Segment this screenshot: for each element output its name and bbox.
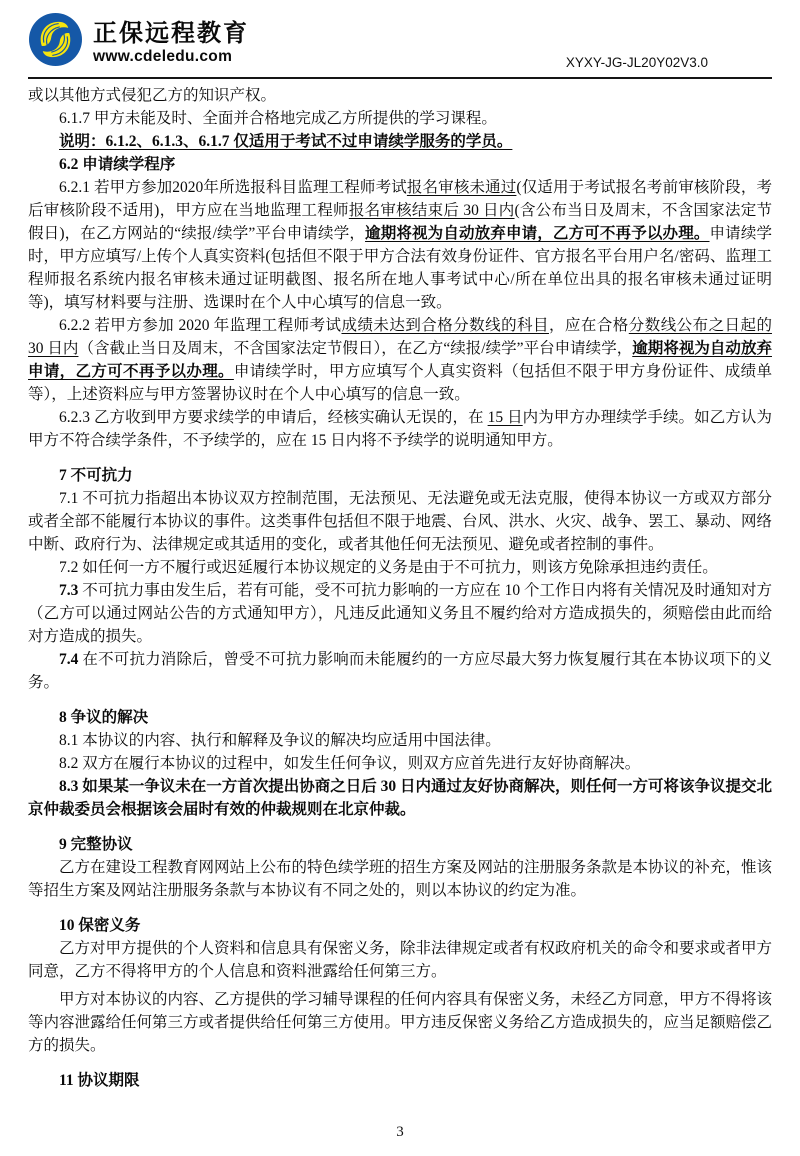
page-footer: 3 [0,1124,800,1141]
text-run: 8.3 如果某一争议未在一方首次提出协商之日后 30 日内通过友好协商解决，则任… [28,778,772,818]
text-run: 6.2.1 若甲方参加2020年所选报科目监理工程师考试 [59,179,407,196]
paragraph: 8.3 如果某一争议未在一方首次提出协商之日后 30 日内通过友好协商解决，则任… [28,775,772,821]
text-run: 报名审核未通过 [407,179,517,196]
text-run: ，应在合格 [549,317,629,334]
section-heading: 9 完整协议 [28,833,772,856]
brand-block: 正保远程教育 www.cdeledu.com [93,13,249,66]
text-run: 8.1 本协议的内容、执行和解释及争议的解决均应适用中国法律。 [59,732,501,749]
paragraph: 6.1.7 甲方未能及时、全面并合格地完成乙方所提供的学习课程。 [28,107,772,130]
paragraph: 7.3 不可抗力事由发生后，若有可能，受不可抗力影响的一方应在 10 个工作日内… [28,579,772,648]
text-run: 7.3 [59,582,78,599]
text-run: 11 协议期限 [59,1072,140,1089]
text-run: 在不可抗力消除后，曾受不可抗力影响而未能履约的一方应尽最大努力恢复履行其在本协议… [28,651,772,691]
text-run: 甲方对本协议的内容、乙方提供的学习辅导课程的任何内容具有保密义务，未经乙方同意，… [28,991,772,1054]
text-run: 7 不可抗力 [59,467,133,484]
document-code: XYXY-JG-JL20Y02V3.0 [566,55,708,70]
section-heading: 11 协议期限 [28,1069,772,1092]
text-run: 10 保密义务 [59,917,140,934]
text-run: （含截止当日及周末，不含国家法定节假日），在乙方“续报/续学”平台申请续学， [78,340,632,357]
paragraph: 8.1 本协议的内容、执行和解释及争议的解决均应适用中国法律。 [28,729,772,752]
text-run: 7.1 不可抗力指超出本协议双方控制范围，无法预见、无法避免或无法克服，使得本协… [28,490,772,553]
text-run: 6.2.3 乙方收到甲方要求续学的申请后，经核实确认无误的，在 [59,409,488,426]
paragraph: 7.2 如任何一方不履行或迟延履行本协议规定的义务是由于不可抗力，则该方免除承担… [28,556,772,579]
brand-website: www.cdeledu.com [93,48,249,66]
section-heading: 6.2 申请续学程序 [28,153,772,176]
text-run: 乙方对甲方提供的个人资料和信息具有保密义务，除非法律规定或者有权政府机关的命令和… [28,940,772,980]
page-header: 正保远程教育 www.cdeledu.com XYXY-JG-JL20Y02V3… [28,0,772,79]
text-run: 逾期将视为自动放弃申请，乙方可不再予以办理。 [365,225,709,242]
text-run: 7.2 如任何一方不履行或迟延履行本协议规定的义务是由于不可抗力，则该方免除承担… [59,559,718,576]
brand-name: 正保远程教育 [93,21,249,46]
text-run: 6.2 申请续学程序 [59,156,175,173]
paragraph: 6.2.3 乙方收到甲方要求续学的申请后，经核实确认无误的，在 15 日内为甲方… [28,406,772,452]
section-heading: 8 争议的解决 [28,706,772,729]
text-run: 说明：6.1.2、6.1.3、6.1.7 仅适用于考试不过申请续学服务的学员。 [59,133,512,150]
paragraph: 说明：6.1.2、6.1.3、6.1.7 仅适用于考试不过申请续学服务的学员。 [28,130,772,153]
text-run: 或以其他方式侵犯乙方的知识产权。 [28,87,276,104]
paragraph: 8.2 双方在履行本协议的过程中，如发生任何争议，则双方应首先进行友好协商解决。 [28,752,772,775]
text-run: 7.4 [59,651,78,668]
paragraph: 或以其他方式侵犯乙方的知识产权。 [28,84,772,107]
section-heading: 10 保密义务 [28,914,772,937]
paragraph: 6.2.1 若甲方参加2020年所选报科目监理工程师考试报名审核未通过(仅适用于… [28,176,772,314]
text-run: 15 日 [488,409,523,426]
logo: 正保远程教育 www.cdeledu.com [29,13,249,66]
text-run: 不可抗力事由发生后，若有可能，受不可抗力影响的一方应在 10 个工作日内将有关情… [28,582,772,645]
paragraph: 甲方对本协议的内容、乙方提供的学习辅导课程的任何内容具有保密义务，未经乙方同意，… [28,988,772,1057]
text-run: 9 完整协议 [59,836,133,853]
paragraph: 7.1 不可抗力指超出本协议双方控制范围，无法预见、无法避免或无法克服，使得本协… [28,487,772,556]
text-run: 乙方在建设工程教育网网站上公布的特色续学班的招生方案及网站的注册服务条款是本协议… [28,859,772,899]
document-body: 或以其他方式侵犯乙方的知识产权。6.1.7 甲方未能及时、全面并合格地完成乙方所… [28,84,772,1092]
section-heading: 7 不可抗力 [28,464,772,487]
text-run: 报名审核结束后 30 日内 [349,202,515,219]
text-run: 成绩未达到合格分数线的科目 [341,317,548,334]
text-run: 8.2 双方在履行本协议的过程中，如发生任何争议，则双方应首先进行友好协商解决。 [59,755,640,772]
paragraph: 7.4 在不可抗力消除后，曾受不可抗力影响而未能履约的一方应尽最大努力恢复履行其… [28,648,772,694]
paragraph: 乙方在建设工程教育网网站上公布的特色续学班的招生方案及网站的注册服务条款是本协议… [28,856,772,902]
text-run: 6.2.2 若甲方参加 2020 年监理工程师考试 [59,317,341,334]
page-number: 3 [396,1124,404,1140]
text-run: 6.1.7 甲方未能及时、全面并合格地完成乙方所提供的学习课程。 [59,110,497,127]
text-run: 8 争议的解决 [59,709,148,726]
paragraph: 6.2.2 若甲方参加 2020 年监理工程师考试成绩未达到合格分数线的科目，应… [28,314,772,406]
paragraph: 乙方对甲方提供的个人资料和信息具有保密义务，除非法律规定或者有权政府机关的命令和… [28,937,772,983]
logo-swirl-icon [29,13,82,66]
logo-circle [29,13,82,66]
